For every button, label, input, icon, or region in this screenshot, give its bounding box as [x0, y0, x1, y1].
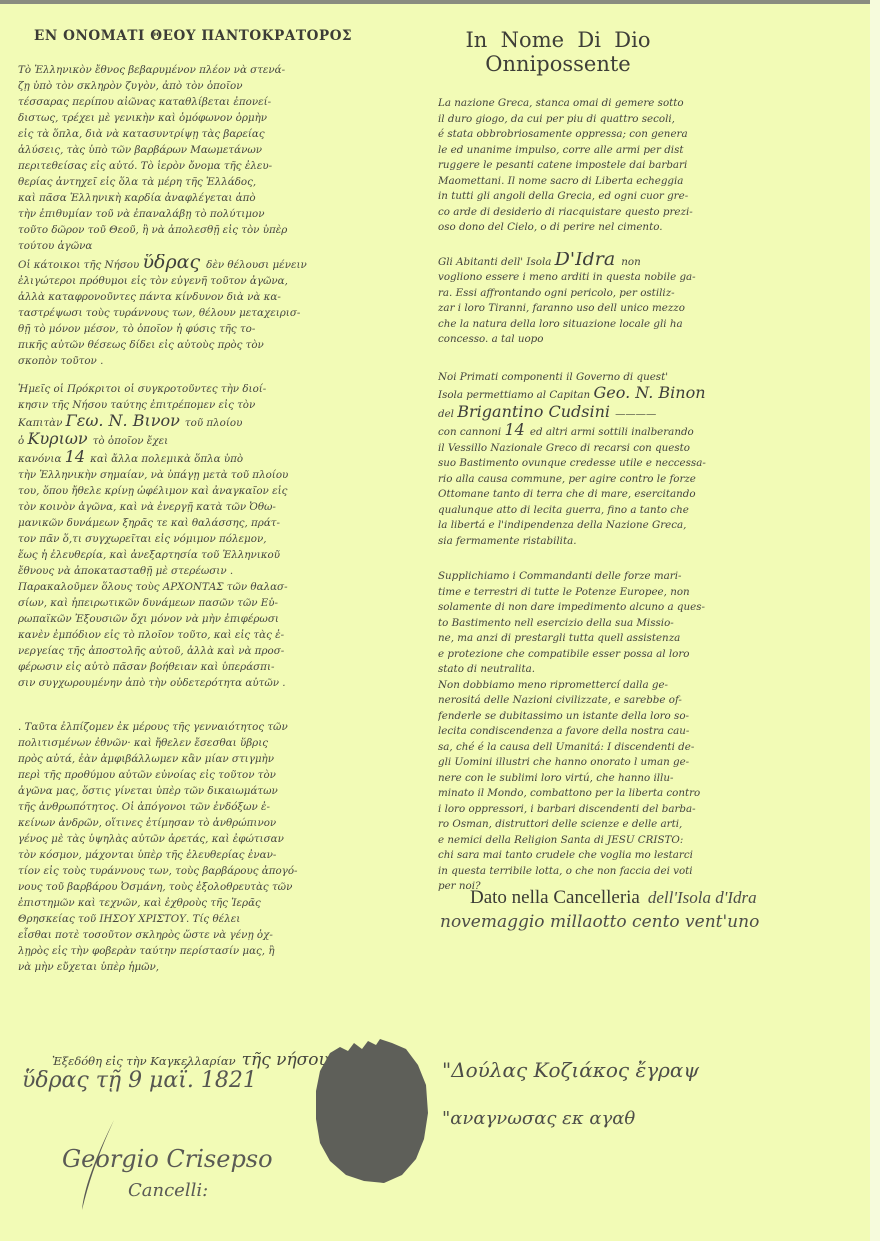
text-line: ἐλιγώτεροι πρόθυμοι εἰς τὸν εὐγενῆ τοῦτο…	[18, 273, 398, 289]
text-line: τούτου ἀγῶνα	[18, 238, 398, 254]
text-line: σιν συγχωρουμένην ἀπὸ τὴν οὐδετερότητα α…	[18, 675, 398, 691]
text-line: e protezione che compatibile esser possa…	[438, 647, 838, 663]
text-line: καὶ πᾶσα Ἑλληνικὴ καρδία ἀναφλέγεται ἀπὸ	[18, 190, 398, 206]
greek-title: ΕΝ ΟΝΟΜΑΤΙ ΘΕΟΥ ΠΑΝΤΟΚΡΑΤΟΡΟΣ	[34, 28, 398, 44]
text-line: La nazione Greca, stanca omai di gemere …	[438, 96, 838, 112]
text-line: τὴν Ἑλληνικὴν σημαίαν, νὰ ὑπάγῃ μετὰ τοῦ…	[18, 467, 398, 483]
text-line: ruggere le pesanti catene impostele dai …	[438, 158, 838, 174]
paragraph: Gli Abitanti dell' Isola D'Idra nonvogli…	[438, 252, 838, 348]
text-line: εἰς τὰ ὅπλα, διὰ νὰ κατασυντρίψῃ τὰς βαρ…	[18, 126, 398, 142]
text-line: νους τοῦ βαρβάρου Ὀσμάνη, τοὺς ἐξολοθρευ…	[18, 879, 398, 895]
paragraph: Οἱ κάτοικοι τῆς Νήσου ὕδρας δὲν θέλουσι …	[18, 254, 398, 369]
dated-printed: Dato nella Cancelleria	[470, 887, 640, 908]
text-line: πολιτισμένων ἐθνῶν· καὶ ἤθελεν ἔσεσθαι ὕ…	[18, 735, 398, 751]
text-line: in questa terribile lotta, o che non fac…	[438, 864, 838, 880]
text-line: che la natura della loro situazione loca…	[438, 317, 838, 333]
text-line: κανὲν ἐμπόδιον εἰς τὸ πλοῖον τοῦτο, καὶ …	[18, 627, 398, 643]
text-line: il duro giogo, da cui per piu di quattro…	[438, 112, 838, 128]
dated-line: Dato nella Cancelleriadell'Isola d'Idra	[470, 887, 870, 909]
text-line: τὸν κοινὸν ἀγῶνα, καὶ νὰ ἐνεργῇ κατὰ τῶν…	[18, 499, 398, 515]
text-line: ro Osman, distruttori delle scienze e de…	[438, 817, 838, 833]
text-line: ra. Essi affrontando ogni pericolo, per …	[438, 286, 838, 302]
greek-issued-date: ὕδρας τῇ 9 μαΐ. 1821	[22, 1068, 257, 1093]
text-line: Isola permettiamo al Capitan Geo. N. Bin…	[438, 385, 838, 404]
greek-column: ΕΝ ΟΝΟΜΑΤΙ ΘΕΟΥ ΠΑΝΤΟΚΡΑΤΟΡΟΣ Τὸ Ἑλληνικ…	[18, 28, 398, 975]
text-line: suo Bastimento ovunque credesse utile e …	[438, 456, 838, 472]
text-line: διστως, τρέχει μὲ γενικὴν καὶ ὁμόφωνον ὁ…	[18, 110, 398, 126]
text-line: to Bastimento nell esercizio della sua M…	[438, 616, 838, 632]
text-line: nere con le sublimi loro virtú, che hann…	[438, 771, 838, 787]
text-line: φέρωσιν εἰς αὐτὸ πᾶσαν βοήθειαν καὶ ὑπερ…	[18, 659, 398, 675]
text-line: πικῆς αὐτῶν θέσεως δίδει εἰς αὐτοὺς πρὸς…	[18, 337, 398, 353]
handwritten-insert: Geo. N. Binon	[593, 385, 705, 402]
text-line: ζῃ ὑπὸ τὸν σκληρὸν ζυγὸν, ἀπὸ τὸν ὁποῖον	[18, 78, 398, 94]
dated-handwritten-2: novemaggio millaotto cento vent'uno	[440, 912, 759, 932]
text-line: solamente di non dare impedimento alcuno…	[438, 600, 838, 616]
text-line: Ottomane tanto di terra che di mare, ese…	[438, 487, 838, 503]
text-line: γένος μὲ τὰς ὑψηλὰς αὐτῶν ἀρετάς, καὶ ἐφ…	[18, 831, 398, 847]
text-line: νὰ μὴν εὔχεται ὑπὲρ ἡμῶν,	[18, 959, 398, 975]
paragraph: La nazione Greca, stanca omai di gemere …	[438, 96, 838, 236]
text-line: oso dono del Cielo, o di perire nel cime…	[438, 220, 838, 236]
text-line: εἶσθαι ποτὲ τοσοῦτον σκληρὸς ὥστε νὰ γέν…	[18, 927, 398, 943]
text-line: e nemici della Religion Santa di JESU CR…	[438, 833, 838, 849]
text-line: . Ταῦτα ἐλπίζομεν ἐκ μέρους τῆς γενναιότ…	[18, 719, 398, 735]
paragraph: . Ταῦτα ἐλπίζομεν ἐκ μέρους τῆς γενναιότ…	[18, 719, 398, 975]
text-line: del Brigantino Cudsini ————	[438, 404, 838, 423]
text-line: le ed unanime impulso, corre alle armi p…	[438, 143, 838, 159]
italian-title: In Nome Di Dio Onnipossente	[408, 28, 708, 76]
paragraph: Παρακαλοῦμεν ὅλους τοὺς ΑΡΧΟΝΤΑΣ τῶν θαλ…	[18, 579, 398, 691]
greek-issued-line: Ἐξεδόθη εἰς τὴν Καγκελλαρίαντῆς νήσου	[52, 1050, 329, 1070]
text-line: sia fermamente ristabilita.	[438, 534, 838, 550]
text-line: la libertá e l'indipendenza della Nazion…	[438, 518, 838, 534]
paragraph: Ἡμεῖς οἱ Πρόκριτοι οἱ συγκροτοῦντες τὴν …	[18, 381, 398, 579]
italian-column: In Nome Di Dio Onnipossente La nazione G…	[438, 28, 838, 895]
text-line: ne, ma anzi di prestargli tutta quell as…	[438, 631, 838, 647]
text-line: Maomettani. Il nome sacro di Liberta ech…	[438, 174, 838, 190]
text-line: é stata obbrobriosamente oppressa; con g…	[438, 127, 838, 143]
text-line: Gli Abitanti dell' Isola D'Idra non	[438, 252, 838, 271]
text-line: κησιν τῆς Νήσου ταύτης ἐπιτρέπομεν εἰς τ…	[18, 397, 398, 413]
text-line: πρὸς αὐτά, ἐὰν ἀμφιβάλλωμεν κἂν μίαν στι…	[18, 751, 398, 767]
text-line: θερίας ἀντηχεῖ εἰς ὅλα τὰ μέρη τῆς Ἑλλάδ…	[18, 174, 398, 190]
text-line: time e terrestri di tutte le Potenze Eur…	[438, 585, 838, 601]
paragraph: Noi Primati componenti il Governo di que…	[438, 370, 838, 550]
chancellor-title: Cancelli:	[128, 1180, 208, 1201]
text-line: fenderle se dubitassimo un istante della…	[438, 709, 838, 725]
text-line: τον πᾶν ὅ,τι συγχωρεῖται εἰς νόμιμον πόλ…	[18, 531, 398, 547]
scribe-signature: "Δούλας Κοζιάκος ἔγραψ	[442, 1058, 699, 1082]
scan-right-edge	[870, 0, 880, 1241]
handwritten-insert: Κυριων	[27, 431, 92, 448]
text-line: nerositá delle Nazioni civilizzate, e sa…	[438, 693, 838, 709]
text-line: τοῦτο δῶρον τοῦ Θεοῦ, ἢ νὰ ἀπολεσθῇ εἰς …	[18, 222, 398, 238]
handwritten-insert: 14	[504, 422, 529, 439]
text-line: rio alla causa commune, per agire contro…	[438, 472, 838, 488]
text-line: νεργείας τῆς ἀποστολῆς αὐτοῦ, ἀλλὰ καὶ ν…	[18, 643, 398, 659]
text-line: minato il Mondo, combattono per la liber…	[438, 786, 838, 802]
text-line: του, ὅπου ἤθελε κρίνῃ ὠφέλιμον καὶ ἀναγκ…	[18, 483, 398, 499]
reader-signature: "αναγνωσας εκ αγαθ	[442, 1108, 635, 1129]
text-line: τίον εἰς τοὺς τυράννους των, τοὺς βαρβάρ…	[18, 863, 398, 879]
handwritten-insert: D'Idra	[555, 252, 622, 270]
text-line: λῃρὸς εἰς τὴν φοβερὰν ταύτην περίστασίν …	[18, 943, 398, 959]
text-line: τὴν ἐπιθυμίαν τοῦ νὰ ἐπαναλάβῃ τὸ πολύτι…	[18, 206, 398, 222]
text-line: σίων, καὶ ἠπειρωτικῶν δυνάμεων πασῶν τῶν…	[18, 595, 398, 611]
text-line: ἕως ἡ ἐλευθερία, καὶ ἀνεξαρτησία τοῦ Ἑλλ…	[18, 547, 398, 563]
text-line: σκοπὸν τοῦτον .	[18, 353, 398, 369]
text-line: ὁ Κυριων τὸ ὁποῖον ἔχει	[18, 431, 398, 449]
text-line: Ἡμεῖς οἱ Πρόκριτοι οἱ συγκροτοῦντες τὴν …	[18, 381, 398, 397]
text-line: in tutti gli angoli della Grecia, ed ogn…	[438, 189, 838, 205]
text-line: ἐπιστημῶν καὶ τεχνῶν, καὶ ἐχθροὺς τῆς Ἱε…	[18, 895, 398, 911]
text-line: τὸν κόσμον, μάχονται ὑπὲρ τῆς ἐλευθερίας…	[18, 847, 398, 863]
text-line: περὶ τῆς προθύμου αὐτῶν εὐνοίας εἰς τοῦτ…	[18, 767, 398, 783]
text-line: Noi Primati componenti il Governo di que…	[438, 370, 838, 386]
greek-paragraphs: Τὸ Ἑλληνικὸν ἔθνος βεβαρυμένον πλέον νὰ …	[18, 62, 398, 975]
italian-title-line2: Onnipossente	[408, 52, 708, 76]
paragraph: Supplichiamo i Commandanti delle forze m…	[438, 569, 838, 895]
text-line: ρωπαϊκῶν Ἐξουσιῶν ὄχι μόνον νὰ μὴν ἐπιφέ…	[18, 611, 398, 627]
text-line: Θρησκείας τοῦ ΙΗΣΟΥ ΧΡΙΣΤΟΥ. Τίς θέλει	[18, 911, 398, 927]
handwritten-insert: Brigantino Cudsini	[457, 404, 615, 421]
text-line: κανόνια 14 καὶ ἄλλα πολεμικὰ ὅπλα ὑπὸ	[18, 449, 398, 467]
handwritten-insert: 14	[65, 449, 90, 466]
scan-top-border	[0, 0, 880, 4]
text-line: ἀλλὰ καταφρονοῦντες πάντα κίνδυνον διὰ ν…	[18, 289, 398, 305]
chancellor-signature: Georgio Crisepso	[62, 1145, 273, 1173]
text-line: chi sara mai tanto crudele che voglia mo…	[438, 848, 838, 864]
text-line: Οἱ κάτοικοι τῆς Νήσου ὕδρας δὲν θέλουσι …	[18, 254, 398, 273]
text-line: Non dobbiamo meno ripromettercí dalla ge…	[438, 678, 838, 694]
text-line: sa, ché é la causa dell Umanitá: I disce…	[438, 740, 838, 756]
italian-title-line1: In Nome Di Dio	[408, 28, 708, 52]
text-line: lecita condiscendenza a favore della nos…	[438, 724, 838, 740]
text-line: Καπιτὰν Γεω. Ν. Βινον τοῦ πλοίου	[18, 413, 398, 431]
text-line: co arde di desiderio di riacquistare que…	[438, 205, 838, 221]
text-line: zar i loro Tiranni, faranno uso dell uni…	[438, 301, 838, 317]
text-line: concesso. a tal uopo	[438, 332, 838, 348]
text-line: περιτεθείσας εἰς αὐτό. Τὸ ἱερὸν ὄνομα τῆ…	[18, 158, 398, 174]
text-line: μανικῶν δυνάμεων ξηρᾶς τε καὶ θαλάσσης, …	[18, 515, 398, 531]
greek-issued-printed: Ἐξεδόθη εἰς τὴν Καγκελλαρίαν	[52, 1054, 236, 1068]
text-line: Παρακαλοῦμεν ὅλους τοὺς ΑΡΧΟΝΤΑΣ τῶν θαλ…	[18, 579, 398, 595]
text-line: vogliono essere i meno arditi in questa …	[438, 270, 838, 286]
handwritten-insert: ὕδρας	[143, 254, 207, 273]
wax-seal-icon	[310, 1035, 435, 1185]
text-line: ἁλύσεις, τὰς ὑπὸ τῶν βαρβάρων Μαωμετάνων	[18, 142, 398, 158]
text-line: Supplichiamo i Commandanti delle forze m…	[438, 569, 838, 585]
text-line: κείνων ἀνδρῶν, οἵτινες ἐτίμησαν τὸ ἀνθρώ…	[18, 815, 398, 831]
text-line: ταστρέψωσι τοὺς τυράννους των, θέλουν με…	[18, 305, 398, 321]
text-line: gli Uomini illustri che hanno onorato l …	[438, 755, 838, 771]
text-line: stato di neutralita.	[438, 662, 838, 678]
text-line: θῇ τὸ μόνον μέσον, τὸ ὁποῖον ἡ φύσις τῆς…	[18, 321, 398, 337]
text-line: il Vessillo Nazionale Greco di recarsi c…	[438, 441, 838, 457]
handwritten-insert: Γεω. Ν. Βινον	[66, 413, 185, 430]
text-line: con cannoni 14 ed altri armi sottili ina…	[438, 422, 838, 441]
text-line: Τὸ Ἑλληνικὸν ἔθνος βεβαρυμένον πλέον νὰ …	[18, 62, 398, 78]
dated-handwritten-1: dell'Isola d'Idra	[648, 888, 757, 907]
text-line: qualunque atto di lecita guerra, fino a …	[438, 503, 838, 519]
paragraph: Τὸ Ἑλληνικὸν ἔθνος βεβαρυμένον πλέον νὰ …	[18, 62, 398, 254]
text-line: ἔθνους νὰ ἀποκατασταθῇ μὲ στερέωσιν .	[18, 563, 398, 579]
text-line: τῆς ἀνθρωπότητος. Οἱ ἀπόγονοι τῶν ἐνδόξω…	[18, 799, 398, 815]
text-line: ἀγῶνα μας, ὅστις γίνεται ὑπὲρ τῶν δικαιω…	[18, 783, 398, 799]
text-line: i loro oppressori, i barbari discendenti…	[438, 802, 838, 818]
italian-paragraphs: La nazione Greca, stanca omai di gemere …	[438, 96, 838, 895]
text-line: τέσσαρας περίπου αἰῶνας καταθλίβεται ἐπο…	[18, 94, 398, 110]
